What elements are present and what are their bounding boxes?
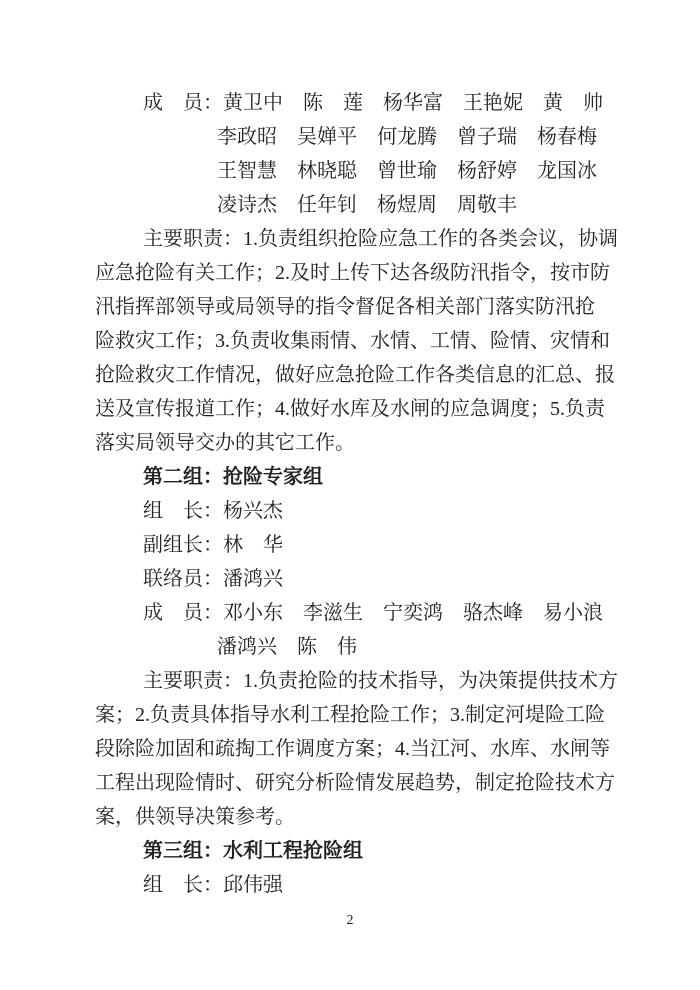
- group1-duties-line-1: 主要职责：1.负责组织抢险应急工作的各类会议，协调: [95, 222, 607, 256]
- group1-duties-line-7: 落实局领导交办的其它工作。: [95, 426, 607, 460]
- group2-duties-line-2: 案；2.负责具体指导水利工程抢险工作；3.制定河堤险工险: [95, 698, 607, 732]
- group3-leader-label: 组 长：: [143, 868, 223, 902]
- document-page: 成 员：黄卫中 陈 莲 杨华富 王艳妮 黄 帅 李政昭 吴婵平 何龙腾 曾子瑞 …: [0, 0, 700, 990]
- page-number: 2: [0, 913, 700, 929]
- group2-liaison-name: 潘鸿兴: [223, 568, 283, 590]
- group2-leader-row: 组 长：杨兴杰: [95, 494, 607, 528]
- group2-duties-line-5: 案，供领导决策参考。: [95, 800, 607, 834]
- group1-duties-line-4: 险救灾工作；3.负责收集雨情、水情、工情、险情、灾情和: [95, 324, 607, 358]
- group2-leader-label: 组 长：: [143, 494, 223, 528]
- group1-members-names-1: 黄卫中 陈 莲 杨华富 王艳妮 黄 帅: [223, 92, 603, 114]
- group3-leader-name: 邱伟强: [223, 874, 283, 896]
- group2-leader-name: 杨兴杰: [223, 500, 283, 522]
- group1-duties-line-2: 应急抢险有关工作；2.及时上传下达各级防汛指令，按市防: [95, 256, 607, 290]
- group2-members-label: 成 员：: [143, 596, 223, 630]
- group2-deputy-name: 林 华: [223, 534, 283, 556]
- group1-duties-line-3: 汛指挥部领导或局领导的指令督促各相关部门落实防汛抢: [95, 290, 607, 324]
- group1-members-row-4: 凌诗杰 任年钊 杨煜周 周敬丰: [95, 188, 607, 222]
- group2-members-row-1: 成 员：邓小东 李滋生 宁奕鸿 骆杰峰 易小浪: [95, 596, 607, 630]
- group1-duties-line-5: 抢险救灾工作情况，做好应急抢险工作各类信息的汇总、报: [95, 358, 607, 392]
- group3-heading: 第三组：水利工程抢险组: [95, 834, 607, 868]
- group2-duties-line-1: 主要职责：1.负责抢险的技术指导，为决策提供技术方: [95, 664, 607, 698]
- group2-members-names-1: 邓小东 李滋生 宁奕鸿 骆杰峰 易小浪: [223, 602, 603, 624]
- group1-duties-line-6: 送及宣传报道工作；4.做好水库及水闸的应急调度；5.负责: [95, 392, 607, 426]
- group1-members-row-2: 李政昭 吴婵平 何龙腾 曾子瑞 杨春梅: [95, 120, 607, 154]
- group2-deputy-label: 副组长：: [143, 528, 223, 562]
- group2-duties-line-4: 工程出现险情时、研究分析险情发展趋势，制定抢险技术方: [95, 766, 607, 800]
- group1-members-row-1: 成 员：黄卫中 陈 莲 杨华富 王艳妮 黄 帅: [95, 86, 607, 120]
- document-content: 成 员：黄卫中 陈 莲 杨华富 王艳妮 黄 帅 李政昭 吴婵平 何龙腾 曾子瑞 …: [95, 86, 607, 902]
- group2-liaison-label: 联络员：: [143, 562, 223, 596]
- group2-heading: 第二组：抢险专家组: [95, 460, 607, 494]
- group3-leader-row: 组 长：邱伟强: [95, 868, 607, 902]
- group2-members-row-2: 潘鸿兴 陈 伟: [95, 630, 607, 664]
- group1-members-label: 成 员：: [143, 86, 223, 120]
- group2-deputy-row: 副组长：林 华: [95, 528, 607, 562]
- group2-duties-line-3: 段除险加固和疏掏工作调度方案；4.当江河、水库、水闸等: [95, 732, 607, 766]
- group2-liaison-row: 联络员：潘鸿兴: [95, 562, 607, 596]
- group1-members-row-3: 王智慧 林晓聪 曾世瑜 杨舒婷 龙国冰: [95, 154, 607, 188]
